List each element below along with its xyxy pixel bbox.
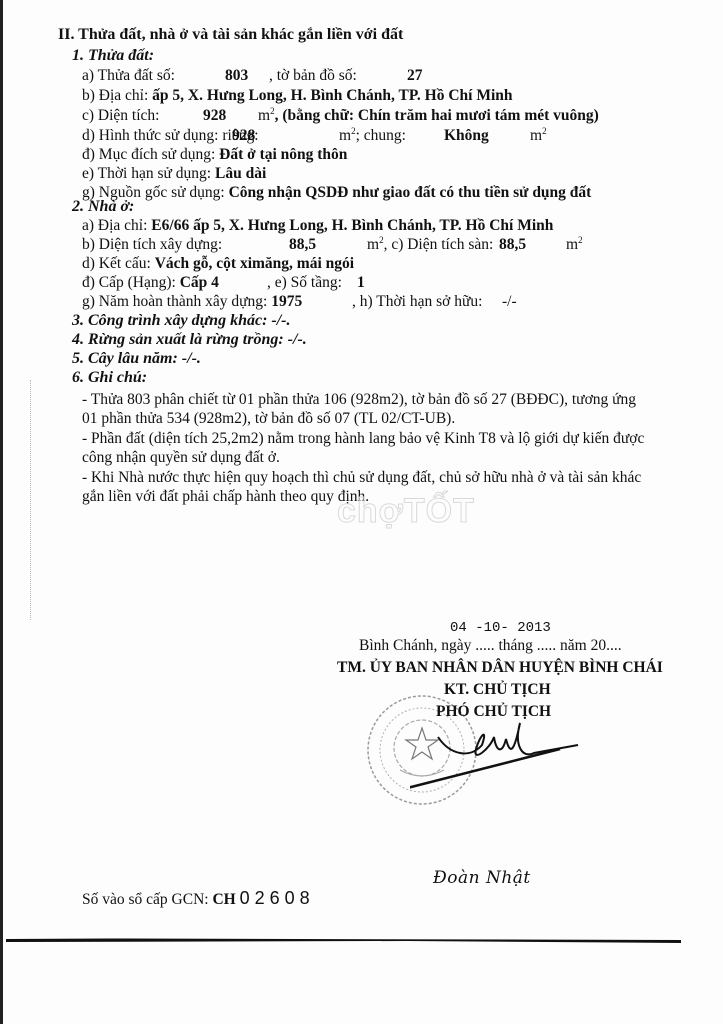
house-year-label: g) Năm hoàn thành xây dựng: bbox=[82, 293, 267, 310]
land-purpose-label: đ) Mục đích sử dụng: bbox=[82, 146, 215, 163]
section-heading: II. Thửa đất, nhà ở và tài sản khác gắn … bbox=[58, 26, 403, 44]
note-line: - Thửa 803 phân chiết từ 01 phần thửa 10… bbox=[82, 391, 636, 409]
registration-number: 02608 bbox=[240, 888, 315, 908]
land-term-value: Lâu dài bbox=[215, 165, 266, 182]
watermark-logo: chợTỐT bbox=[337, 492, 475, 531]
house-year-row: g) Năm hoàn thành xây dựng: 1975 , h) Th… bbox=[82, 293, 302, 311]
note-line: 01 phần thửa 534 (928m2), tờ bản đồ số 0… bbox=[82, 410, 455, 428]
house-floors-value: 1 bbox=[357, 274, 365, 292]
note-line: - Phần đất (diện tích 25,2m2) nằm trong … bbox=[82, 430, 644, 448]
note-line: - Khi Nhà nước thực hiện quy hoạch thì c… bbox=[82, 469, 641, 487]
house-build-area-label: b) Diện tích xây dựng: bbox=[82, 236, 222, 253]
land-origin-value: Công nhận QSDĐ như giao đất có thu tiền … bbox=[229, 184, 592, 201]
land-purpose-row: đ) Mục đích sử dụng: Đất ở tại nông thôn bbox=[82, 146, 347, 164]
registration-prefix: CH bbox=[212, 891, 235, 908]
scan-edge bbox=[0, 0, 3, 1024]
place-and-date: Bình Chánh, ngày ..... tháng ..... năm 2… bbox=[359, 637, 622, 655]
land-purpose-value: Đất ở tại nông thôn bbox=[219, 146, 347, 163]
house-floors-label: , e) Số tầng: bbox=[267, 274, 342, 292]
land-shared-value: Không bbox=[444, 127, 489, 145]
house-address-label: a) Địa chỉ: bbox=[82, 217, 147, 234]
registration-label: Số vào sổ cấp GCN: bbox=[82, 891, 209, 908]
house-year-value: 1975 bbox=[271, 293, 302, 310]
land-area-unit: m bbox=[258, 107, 270, 124]
house-floor-area-label: , c) Diện tích sàn: bbox=[384, 236, 494, 253]
land-area-row: c) Diện tích: 928 m2, (bằng chữ: Chín tr… bbox=[82, 107, 159, 125]
land-address-row: b) Địa chỉ: ấp 5, X. Hưng Long, H. Bình … bbox=[82, 87, 513, 105]
house-build-area-value: 88,5 bbox=[289, 236, 316, 254]
bottom-rule-divider bbox=[6, 938, 681, 944]
signature-icon bbox=[410, 715, 580, 795]
land-map-label: , tờ bản đồ số: bbox=[269, 67, 357, 85]
notes-title: 6. Ghi chú: bbox=[72, 369, 147, 387]
land-address-value: ấp 5, X. Hưng Long, H. Bình Chánh, TP. H… bbox=[152, 87, 512, 104]
margin-dotted-line bbox=[30, 380, 31, 620]
land-shared-label: ; chung: bbox=[356, 127, 406, 144]
signer-name: Đoàn Nhật bbox=[433, 868, 531, 888]
house-grade-value: Cấp 4 bbox=[180, 274, 219, 291]
perennial-trees: 5. Cây lâu năm: -/-. bbox=[72, 350, 201, 368]
land-area-label: c) Diện tích: bbox=[82, 107, 159, 124]
land-map-value: 27 bbox=[407, 67, 423, 85]
land-term-row: e) Thời hạn sử dụng: Lâu dài bbox=[82, 165, 266, 183]
house-grade-label: đ) Cấp (Hạng): bbox=[82, 274, 176, 291]
land-private-unit: m bbox=[339, 127, 351, 144]
issuing-organization: TM. ỦY BAN NHÂN DÂN HUYỆN BÌNH CHÁI bbox=[337, 659, 663, 677]
house-floor-area-value: 88,5 bbox=[499, 236, 526, 254]
land-address-label: b) Địa chỉ: bbox=[82, 87, 148, 104]
house-ownership-term-label: , h) Thời hạn sở hữu: bbox=[352, 293, 482, 311]
land-private-value: 928 bbox=[232, 127, 255, 145]
house-structure-row: d) Kết cấu: Vách gỗ, cột ximăng, mái ngó… bbox=[82, 255, 354, 273]
house-address-row: a) Địa chỉ: E6/66 ấp 5, X. Hưng Long, H.… bbox=[82, 217, 553, 235]
land-parcel-value: 803 bbox=[225, 67, 248, 85]
land-term-label: e) Thời hạn sử dụng: bbox=[82, 165, 211, 182]
registration-number-row: Số vào sổ cấp GCN: CH 02608 bbox=[82, 888, 315, 909]
land-origin-row: g) Nguồn gốc sử dụng: Công nhận QSDĐ như… bbox=[82, 184, 591, 202]
house-grade-row: đ) Cấp (Hạng): Cấp 4 , e) Số tầng: 1 bbox=[82, 274, 219, 292]
stamped-date: 04 -10- 2013 bbox=[450, 620, 551, 636]
note-line: công nhận quyền sử dụng đất ở. bbox=[82, 449, 280, 467]
note-line: gắn liền với đất phải chấp hành theo quy… bbox=[82, 488, 369, 506]
land-area-value: 928 bbox=[203, 107, 226, 125]
land-parcel-row: a) Thửa đất số: 803 , tờ bản đồ số: 27 bbox=[82, 67, 175, 85]
house-structure-value: Vách gỗ, cột ximăng, mái ngói bbox=[155, 255, 354, 272]
other-construction: 3. Công trình xây dựng khác: -/-. bbox=[72, 312, 291, 330]
house-title: 2. Nhà ở: bbox=[72, 198, 134, 216]
certificate-page: II. Thửa đất, nhà ở và tài sản khác gắn … bbox=[0, 0, 723, 1024]
production-forest: 4. Rừng sản xuất là rừng trồng: -/-. bbox=[72, 331, 307, 349]
house-structure-label: d) Kết cấu: bbox=[82, 255, 151, 272]
land-shared-unit: m bbox=[530, 127, 542, 144]
house-build-area-unit: m bbox=[367, 236, 379, 253]
land-area-words: , (bằng chữ: Chín trăm hai mươi tám mét … bbox=[275, 107, 599, 124]
house-address-value: E6/66 ấp 5, X. Hưng Long, H. Bình Chánh,… bbox=[151, 217, 553, 234]
land-usage-form-row: d) Hình thức sử dụng: riêng: 928 m2; chu… bbox=[82, 127, 259, 145]
land-title: 1. Thửa đất: bbox=[72, 47, 154, 65]
land-parcel-label: a) Thửa đất số: bbox=[82, 67, 175, 84]
house-floor-area-unit: m bbox=[566, 236, 578, 253]
house-ownership-term-value: -/- bbox=[502, 293, 517, 311]
house-area-row: b) Diện tích xây dựng: 88,5 m2, c) Diện … bbox=[82, 236, 222, 254]
